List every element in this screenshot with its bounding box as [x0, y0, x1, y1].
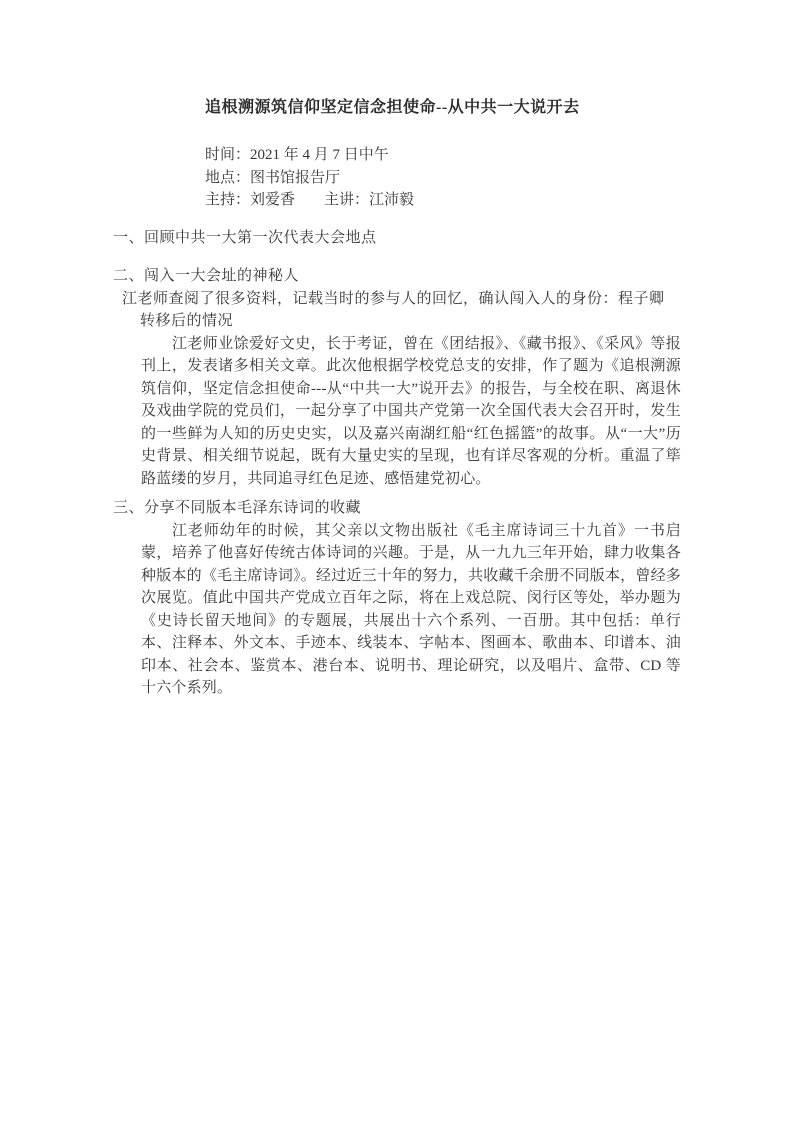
section-1: 一、回顾中共一大第一次代表大会地点: [113, 227, 683, 250]
time-value: 2021 年 4 月 7 日中午: [250, 147, 389, 163]
document-page: 追根溯源筑信仰坚定信念担使命--从中共一大说开去 时间：2021 年 4 月 7…: [0, 0, 799, 1131]
section-2: 二、闯入一大会址的神秘人 江老师查阅了很多资料，记载当时的参与人的回忆，确认闯入…: [113, 265, 683, 490]
host-value: 刘爱香: [250, 192, 295, 208]
section-2-heading: 二、闯入一大会址的神秘人: [113, 265, 683, 288]
host-label: 主持：: [205, 192, 250, 208]
section-3-paragraph: 江老师幼年的时候，其父亲以文物出版社《毛主席诗词三十九首》一书启蒙，培养了他喜好…: [141, 520, 681, 700]
section-3-heading: 三、分享不同版本毛泽东诗词的收藏: [113, 497, 683, 520]
section-1-heading: 一、回顾中共一大第一次代表大会地点: [113, 227, 683, 250]
meta-time-row: 时间：2021 年 4 月 7 日中午: [205, 144, 683, 167]
section-2-note-line: 江老师查阅了很多资料，记载当时的参与人的回忆，确认闯入人的身份：程子卿: [122, 288, 683, 311]
place-label: 地点：: [205, 170, 250, 186]
speaker-label: 主讲：: [324, 192, 369, 208]
meta-block: 时间：2021 年 4 月 7 日中午 地点：图书馆报告厅 主持：刘爱香主讲：江…: [205, 144, 683, 212]
speaker-value: 江沛毅: [369, 192, 414, 208]
place-value: 图书馆报告厅: [250, 170, 340, 186]
section-3: 三、分享不同版本毛泽东诗词的收藏 江老师幼年的时候，其父亲以文物出版社《毛主席诗…: [113, 497, 683, 700]
time-label: 时间：: [205, 147, 250, 163]
section-2-sub-line: 转移后的情况: [140, 310, 683, 333]
meta-host-row: 主持：刘爱香主讲：江沛毅: [205, 189, 683, 212]
meta-place-row: 地点：图书馆报告厅: [205, 167, 683, 190]
page-title: 追根溯源筑信仰坚定信念担使命--从中共一大说开去: [205, 97, 683, 119]
section-2-paragraph: 江老师业馀爱好文史，长于考证，曾在《团结报》、《藏书报》、《采风》等报刊上，发表…: [141, 333, 681, 491]
